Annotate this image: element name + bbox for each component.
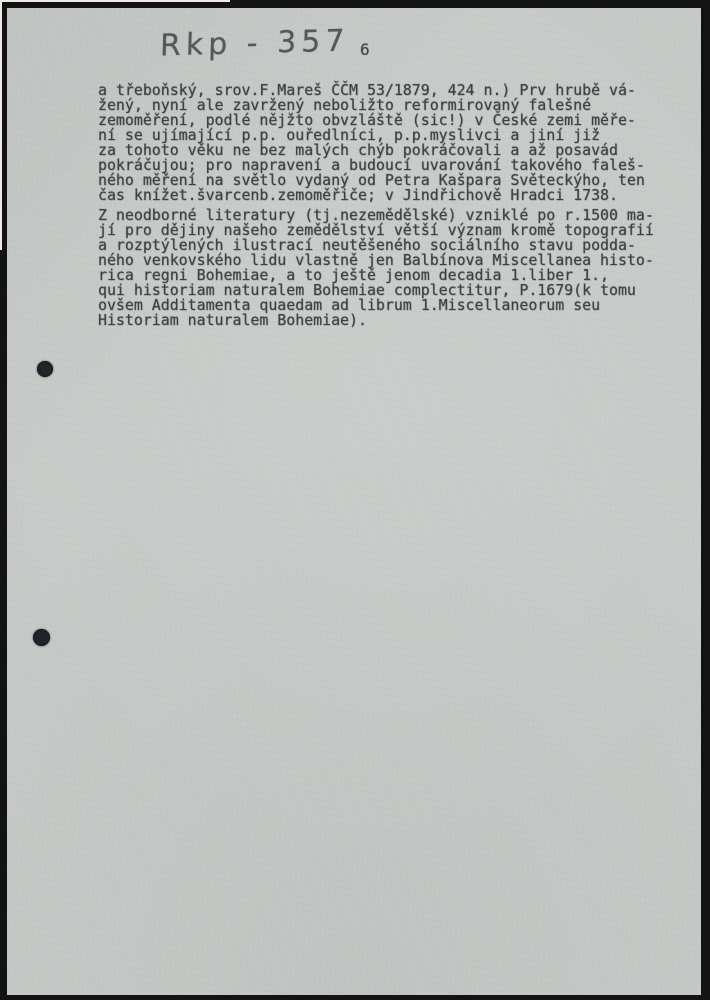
page-number: 6 [360,40,370,59]
punch-hole-bottom [33,629,50,646]
scanned-page-image: { "colors": { "paper": "#c6cac7", "scan_… [0,0,710,1000]
paragraph-2: Z neodborné literatury (tj.nezemědělské)… [98,208,673,328]
handwritten-archive-mark: Rkp - 357 [160,24,350,64]
paragraph-1: a třeboňský, srov.F.Mareš ČČM 53/1879, 4… [98,83,673,203]
scan-edge-sliver-left [0,0,2,250]
punch-hole-top [37,361,53,377]
scan-edge-sliver-top [0,0,230,2]
